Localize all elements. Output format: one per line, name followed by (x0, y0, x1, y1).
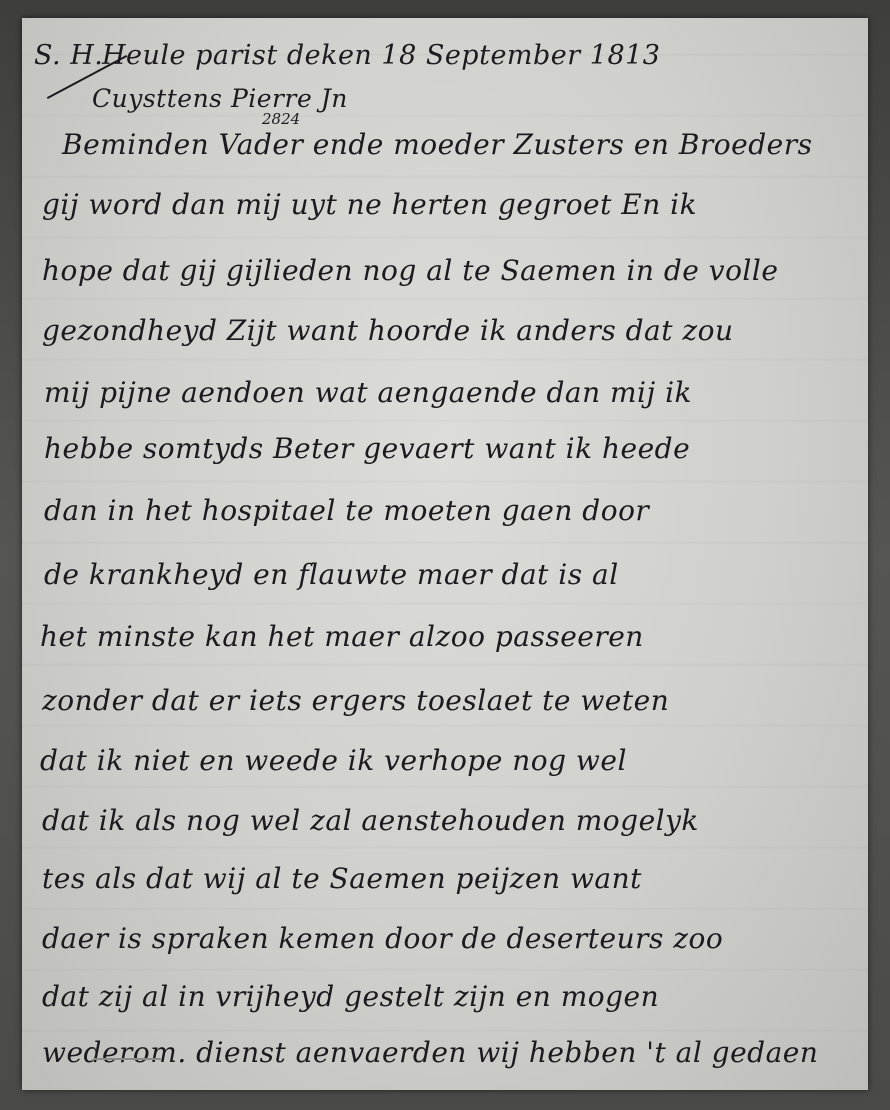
letter-line-14: daer is spraken kemen door de deserteurs… (42, 922, 723, 955)
salutation-mark: S. H. (34, 40, 103, 71)
letter-line-12: dat ik als nog wel zal aenstehouden moge… (42, 804, 699, 837)
letter-line-10: zonder dat er iets ergers toeslaet te we… (42, 684, 669, 717)
sender-name: Cuysttens Pierre Jn (92, 84, 348, 113)
letter-paper: S. H. Heule parist deken 18 September 18… (22, 18, 868, 1090)
letter-line-3: hope dat gij gijlieden nog al te Saemen … (42, 254, 778, 287)
letter-line-4: gezondheyd Zijt want hoorde ik anders da… (42, 314, 734, 347)
place-date: Heule parist deken 18 September 1813 (102, 40, 661, 71)
letter-line-15: dat zij al in vrijheyd gestelt zijn en m… (42, 980, 659, 1013)
letter-line-6: hebbe somtyds Beter gevaert want ik heed… (44, 432, 690, 465)
letter-line-2: gij word dan mij uyt ne herten gegroet E… (42, 188, 697, 221)
letter-line-16: wederom. dienst aenvaerden wij hebben 't… (42, 1036, 818, 1069)
reference-number: 2824 (262, 110, 300, 128)
salutation-flourish (47, 55, 127, 99)
letter-line-8: de krankheyd en flauwte maer dat is al (44, 558, 619, 591)
letter-line-13: tes als dat wij al te Saemen peijzen wan… (42, 862, 642, 895)
paper-tear (92, 1058, 162, 1070)
letter-line-5: mij pijne aendoen wat aengaende dan mij … (44, 376, 692, 409)
letter-line-11: dat ik niet en weede ik verhope nog wel (40, 744, 627, 777)
letter-line-9: het minste kan het maer alzoo passeeren (40, 620, 644, 653)
letter-line-7: dan in het hospitael te moeten gaen door (44, 494, 649, 527)
letter-line-1: Beminden Vader ende moeder Zusters en Br… (62, 128, 812, 161)
